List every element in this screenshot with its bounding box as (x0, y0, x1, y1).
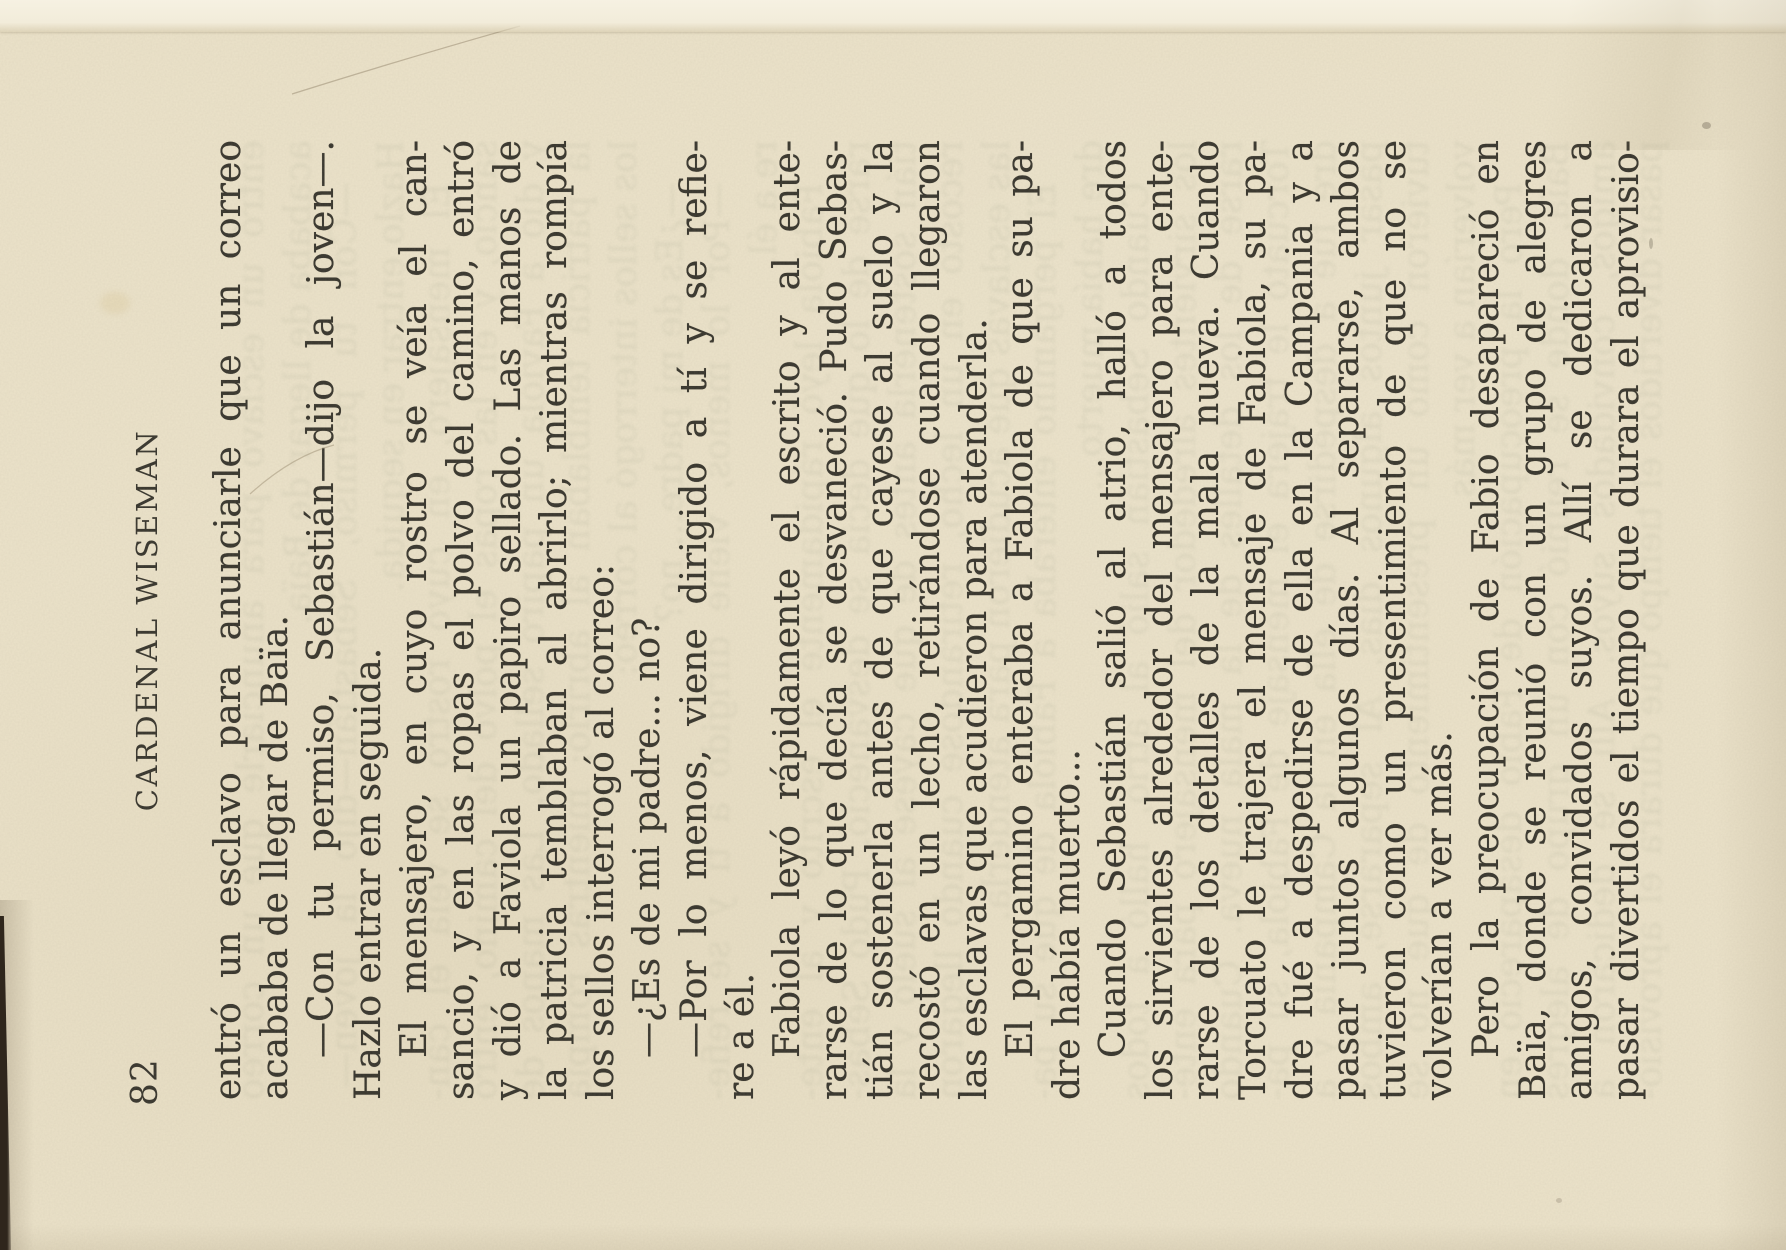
text-line: tuvieron como un presentimiento de que n… (1371, 140, 1418, 1100)
text-line: amigos, convidados suyos. Allí se dedica… (1557, 140, 1604, 1100)
adjacent-page-edge (0, 0, 1786, 32)
text-line: Baïa, donde se reunió con un grupo de al… (1511, 140, 1558, 1100)
text-line: la patricia temblaban al abrirlo; mientr… (532, 140, 579, 1100)
text-line: y dió a Faviola un papiro sellado. Las m… (486, 140, 533, 1100)
text-line: volverían a ver más. (1417, 140, 1464, 1100)
text-line: Hazlo entrar en seguida. (346, 140, 393, 1100)
text-line: Pero la preocupación de Fabio desapareci… (1464, 140, 1511, 1100)
text-line: sancio, y en las ropas el polvo del cami… (439, 140, 486, 1100)
text-line: re a él. (719, 140, 766, 1100)
text-line: dre había muerto... (1045, 140, 1092, 1100)
text-line: —¿Es de mi padre... no? (625, 140, 672, 1100)
text-line: rarse de lo que decía se desvaneció. Pud… (812, 140, 859, 1100)
running-head: CARDENAL WISEMAN (130, 140, 164, 1100)
book-page: entró un esclavo para anunciarle que un … (0, 0, 1786, 1250)
text-line: pasar juntos algunos días. Al separarse,… (1324, 140, 1371, 1100)
text-line: acababa de llegar de Baïa. (253, 140, 300, 1100)
text-line: Fabiola leyó rápidamente el escrito y al… (765, 140, 812, 1100)
text-line: entró un esclavo para anunciarle que un … (206, 140, 253, 1100)
text-line: los sirvientes alrededor del mensajero p… (1138, 140, 1185, 1100)
text-line: dre fué a despedirse de ella en la Campa… (1278, 140, 1325, 1100)
text-line: recostó en un lecho, retirándose cuando … (905, 140, 952, 1100)
text-line: las esclavas que acudieron para atenderl… (952, 140, 999, 1100)
scanned-book-page: entró un esclavo para anunciarle que un … (0, 0, 1786, 1250)
text-line: Cuando Sebastián salió al atrio, halló a… (1091, 140, 1138, 1100)
text-line: Torcuato le trajera el mensaje de Fabiol… (1231, 140, 1278, 1100)
text-line: rarse de los detalles de la mala nueva. … (1184, 140, 1231, 1100)
text-line: El mensajero, en cuyo rostro se veía el … (392, 140, 439, 1100)
text-line: El pergamino enteraba a Fabiola de que s… (998, 140, 1045, 1100)
text-line: tián sostenerla antes de que cayese al s… (858, 140, 905, 1100)
text-line: los sellos interrogó al correo: (579, 140, 626, 1100)
text-line: —Con tu permiso, Sebastián—dijo la joven… (299, 140, 346, 1100)
text-line: —Por lo menos, viene dirigido a tí y se … (672, 140, 719, 1100)
text-line: pasar divertidos el tiempo que durara el… (1604, 140, 1651, 1100)
body-text: entró un esclavo para anunciarle que un … (206, 140, 1650, 1100)
